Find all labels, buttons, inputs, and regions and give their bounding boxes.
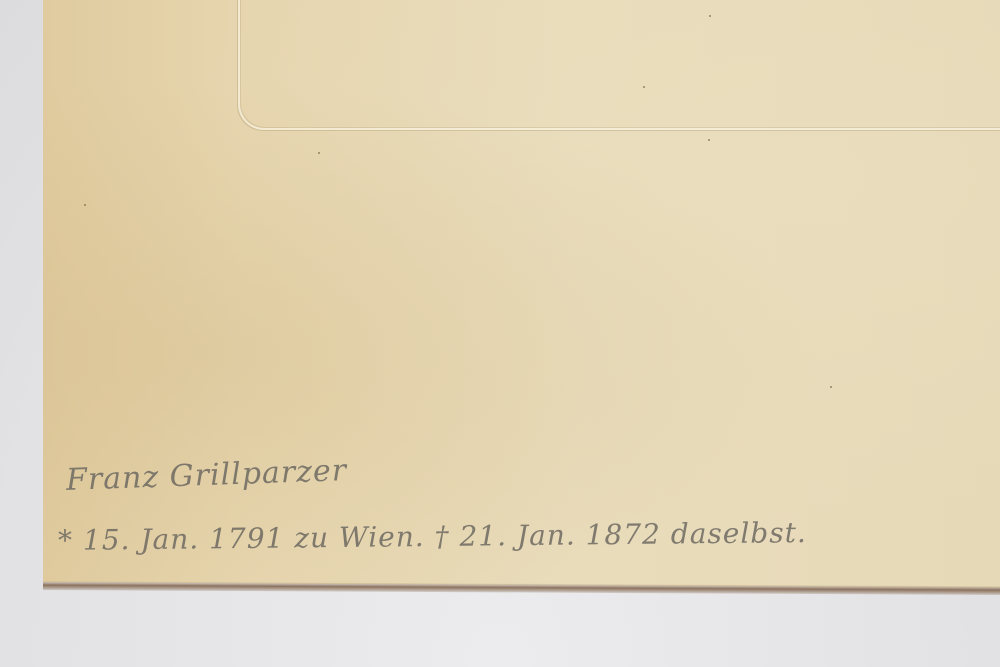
paper-speck — [643, 86, 645, 88]
paper-speck — [708, 139, 710, 141]
paper-speck — [709, 15, 711, 17]
paper-speck — [318, 152, 320, 154]
paper-speck — [84, 204, 86, 206]
paper-speck — [830, 386, 832, 388]
plate-mark-emboss — [238, 0, 1000, 130]
